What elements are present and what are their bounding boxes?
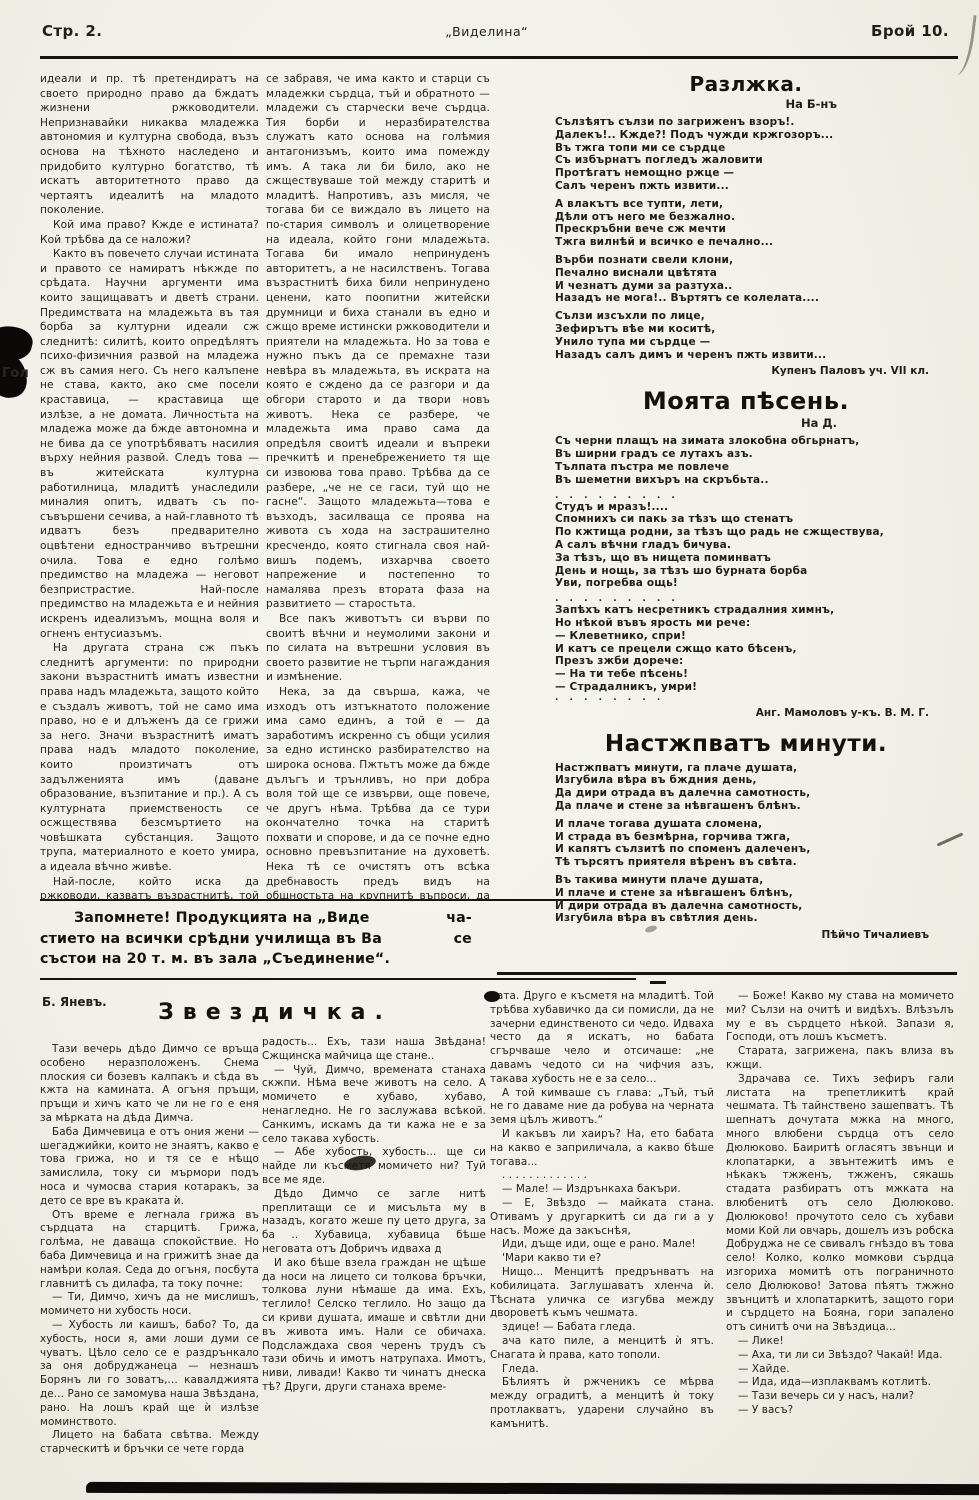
announcement-text: Запомнете! Продукцията на „Виде <box>40 908 370 929</box>
poem-line: Зефирътъ вѣе ми коситѣ, <box>555 323 957 336</box>
poem-line: Съ избърнатъ погледъ жаловити <box>555 154 957 167</box>
poem-line: И плаче тогава душата сломена, <box>555 818 957 831</box>
poem-line: Назадъ не мога!.. Въртятъ се колелата...… <box>555 292 957 305</box>
poem-line: Тжга вилнѣй и всичко е печално... <box>555 236 957 249</box>
poem-line: Върби познати свели клони, <box>555 254 957 267</box>
poem-line: Тълпата пъстра ме повлече <box>555 461 957 474</box>
poem-stanza: Настжпватъ минути, га плаче душата,Изгуб… <box>555 762 957 813</box>
paragraph: На другата страна сж пъкъ следнитѣ аргум… <box>40 641 259 875</box>
paragraph: — Мале! — Издрънкаха бакъри. <box>490 1183 714 1197</box>
scan-edge-bar <box>86 1482 979 1495</box>
poem-line: Протѣгатъ немощно ржце — <box>555 167 957 180</box>
poem-line: Запѣхъ катъ несретникъ страдалния химнъ, <box>555 604 957 617</box>
poem-line: Печално виснали цвѣтята <box>555 267 957 280</box>
poem-line: Сълзи изсъхли по лице, <box>555 310 957 323</box>
rule-below-notice <box>40 978 636 980</box>
poem-line: Изгубила вѣра въ свѣтлия день. <box>555 912 957 925</box>
poem-line: — Клеветнико, спри! <box>555 630 957 643</box>
article-column-2: се забравя, че има както и старци съ мла… <box>266 72 490 904</box>
paragraph: — Лике! <box>726 1335 954 1349</box>
paragraph: Баба Димчевица е отъ ония жени — шегаджи… <box>40 1126 259 1209</box>
paragraph: — Е, Звѣздо — майката стана. Отивамъ у д… <box>490 1197 714 1238</box>
paragraph: А той кимваше съ глава: „Тъй, тъй не го … <box>490 1087 714 1128</box>
poem-line: Изгубила вѣра въ бждния день, <box>555 774 957 787</box>
poem-stanza: Сълзи изсъхли по лице,Зефирътъ вѣе ми ко… <box>555 310 957 361</box>
paragraph: Старата, загрижена, пакъ влиза въ кжщи. <box>726 1045 954 1073</box>
story-column-2: радость... Ехъ, тази наша Звѣдана! Сжщин… <box>262 1036 486 1474</box>
announcement: Запомнете! Продукцията на „Виде ча- стие… <box>40 908 472 970</box>
header-rule <box>40 56 958 59</box>
paragraph: ната. Друго е късметя на младитѣ. Той тр… <box>490 990 714 1087</box>
pen-mark <box>950 13 976 77</box>
announcement-line-2: стието на всички срѣдни училища въ Ва се <box>40 929 472 950</box>
poem-line: Сълзѣятъ сълзи по загриженъ взоръ!. <box>555 116 957 129</box>
paragraph: ача като пиле, а менцитѣ ѝ ятъ. Снагата … <box>490 1335 714 1363</box>
newspaper-title: „Виделина“ <box>445 24 528 39</box>
poem-dedication: На Б-нъ <box>535 97 957 111</box>
poem-line: И чезнатъ думи за разтуха.. <box>555 280 957 293</box>
poem-stanza: Върби познати свели клони,Печално виснал… <box>555 254 957 305</box>
paragraph: — Абе хубость, хубость... ще си найде ли… <box>262 1146 486 1187</box>
poem-line: Уви, погребва ощь! <box>555 577 957 590</box>
poem-line: Далекъ!.. Кжде?! Подъ чужди кржгозоръ... <box>555 129 957 142</box>
announcement-line-1: Запомнете! Продукцията на „Виде ча- <box>40 908 472 929</box>
poem-line: Настжпватъ минути, га плаче душата, <box>555 762 957 775</box>
paragraph: Както въ повечето случаи истината и прав… <box>40 247 259 641</box>
paragraph: Кой има право? Кжде е истината? Кой трѣб… <box>40 218 259 247</box>
poem-line: — На ти тебе пѣсень! <box>555 668 957 681</box>
announcement-fragment: ча- <box>446 908 472 929</box>
poem-signature: Купенъ Паловъ уч. VII кл. <box>535 365 957 377</box>
paragraph: И какъвъ ли хаиръ? На, ето бабата на как… <box>490 1128 714 1169</box>
poem-line: Но нѣкой въвъ ярость ми рече: <box>555 617 957 630</box>
poem: Разлжка.На Б-нъСълзѣятъ сълзи по загриже… <box>535 72 957 377</box>
poem: Настжпватъ минути.Настжпватъ минути, га … <box>535 731 957 942</box>
poem-signature: Анг. Мамоловъ у-къ. В. М. Г. <box>535 707 957 719</box>
paragraph: — Тази вечерь си у насъ, нали? <box>726 1390 954 1404</box>
article-column-1: идеали и пр. тѣ претендиратъ на своето п… <box>40 72 259 904</box>
paragraph: Нищо... Менцитѣ предрънватъ на кобилицат… <box>490 1266 714 1321</box>
paragraph: . . . . . . . . . . . . . <box>490 1169 714 1183</box>
poem-stanza: . . . . . . . . .Студъ и мразъ!....Спомн… <box>555 492 957 591</box>
paragraph: Отъ време е легнала грижа въ сърдцата на… <box>40 1209 259 1292</box>
paragraph: — Боже! Какво му става на момичето ми? С… <box>726 990 954 1045</box>
paragraph: здице! — Бабата гледа. <box>490 1321 714 1335</box>
paragraph: Тази вечерь дѣдо Димчо се връща особено … <box>40 1043 259 1126</box>
poem-line: День и нощь, за тѣзъ шо бурната борба <box>555 565 957 578</box>
rule-below-poems <box>497 972 957 975</box>
poem-line: Унило тупа ми сърдце — <box>555 336 957 349</box>
paragraph: Здрачава се. Тихъ зефиръ гали листата на… <box>726 1073 954 1335</box>
paragraph: Иди, дъще иди, още е рано. Мале! <box>490 1238 714 1252</box>
poem-title: Настжпватъ минути. <box>535 731 957 757</box>
paragraph: идеали и пр. тѣ претендиратъ на своето п… <box>40 72 259 218</box>
paragraph: 'Мари какво ти е? <box>490 1252 714 1266</box>
paragraph: Нека, за да свърша, кажа, че изходъ отъ … <box>266 685 490 904</box>
poem-line: Презъ зжби дорече: <box>555 655 957 668</box>
poem-line: Въ шеметни вихъръ на скръбьта.. <box>555 474 957 487</box>
paragraph: Лицето на бабата свѣтва. Между старчески… <box>40 1429 259 1457</box>
poem-line: Прескръбни вече сж мечти <box>555 223 957 236</box>
poem-line: . . . . . . . . <box>555 694 957 703</box>
rule-dash <box>650 981 666 984</box>
poem-line: А влакътъ все тупти, лети, <box>555 198 957 211</box>
announcement-line-3: състои на 20 т. м. въ зала „Съединение“. <box>40 949 472 970</box>
paragraph: се забравя, че има както и старци съ мла… <box>266 72 490 612</box>
poem-stanza: А влакътъ все тупти, лети,Дѣли отъ него … <box>555 198 957 249</box>
poem-line: . . . . . . . . . <box>555 492 957 501</box>
announcement-text: стието на всички срѣдни училища въ Ва <box>40 929 382 950</box>
poem-line: Студъ и мразъ!.... <box>555 501 957 514</box>
paragraph: Гледа. <box>490 1363 714 1377</box>
paragraph: — Аха, ти ли си Звѣздо? Чакай! Ида. <box>726 1349 954 1363</box>
newspaper-page: Стр. 2. „Виделина“ Брой 10. идеали и пр.… <box>0 0 979 1500</box>
story-column-1: Тази вечерь дѣдо Димчо се връща особено … <box>40 1043 259 1473</box>
poem-title: Моята пѣсень. <box>535 387 957 415</box>
poems-column: Разлжка.На Б-нъСълзѣятъ сълзи по загриже… <box>535 72 957 941</box>
paragraph: Бѣлиятъ ѝ ржченикъ се мѣрва между огради… <box>490 1376 714 1431</box>
poem-line: Въ такива минути плаче душата, <box>555 874 957 887</box>
rule-above-notice <box>40 899 632 901</box>
paragraph: — Ти, Димчо, хичъ да не мислишъ, момичет… <box>40 1291 259 1319</box>
announcement-fragment: се <box>454 929 472 950</box>
poem-signature: Пѣйчо Тичалиевъ <box>535 929 957 941</box>
poem-title: Разлжка. <box>535 72 957 96</box>
poem-line: За тѣзъ, що въ нищета поминватъ <box>555 552 957 565</box>
paragraph: — У васъ? <box>726 1404 954 1418</box>
poem-line: Тѣ търсятъ приятеля вѣренъ въ свѣта. <box>555 856 957 869</box>
paragraph: — Ида, ида—изплаквамъ котлитѣ. <box>726 1376 954 1390</box>
poem-line: И плаче и стене за нѣвгашенъ блѣнъ, <box>555 887 957 900</box>
paragraph: Дѣдо Димчо се загле нитѣ преплитащи се и… <box>262 1188 486 1257</box>
poem: Моята пѣсень.На Д.Съ черни плащъ на зима… <box>535 387 957 718</box>
paragraph: — Чуй, Димчо, времената станаха скжпи. Н… <box>262 1064 486 1147</box>
poem-stanza: Сълзѣятъ сълзи по загриженъ взоръ!.Далек… <box>555 116 957 193</box>
poem-dedication: На Д. <box>535 416 957 430</box>
poem-line: Да плаче и стене за нѣвгашенъ блѣнъ. <box>555 800 957 813</box>
paragraph: — Хайде. <box>726 1363 954 1377</box>
poem-line: И капятъ сълзитѣ по споменъ далеченъ, <box>555 843 957 856</box>
poem-line: Салъ черенъ пжть извити... <box>555 180 957 193</box>
poem-line: . . . . . . . . . <box>555 595 957 604</box>
poem-line: И катъ се прецели сжщо като бѣсенъ, <box>555 643 957 656</box>
paragraph: радость... Ехъ, тази наша Звѣдана! Сжщин… <box>262 1036 486 1064</box>
paragraph: — Хубость ли каишъ, бабо? То, да хубость… <box>40 1319 259 1429</box>
poem-line: И дири отрада въ далечна самотность, <box>555 900 957 913</box>
poem-line: Въ тжга топи ми се сърдце <box>555 142 957 155</box>
poem-line: Да дири отрада въ далечна самотность, <box>555 787 957 800</box>
poem-stanza: И плаче тогава душата сломена,И страда в… <box>555 818 957 869</box>
poem-line: Въ ширни градъ се лутахъ азъ. <box>555 448 957 461</box>
paragraph: Все пакъ животътъ си върви по своитѣ вѣч… <box>266 612 490 685</box>
poem-line: И страда въ безмѣрна, горчива тжга, <box>555 831 957 844</box>
poem-stanza: Съ черни плащъ на зимата злокобна обгьрн… <box>555 435 957 486</box>
page-header: Стр. 2. „Виделина“ Брой 10. <box>42 22 949 40</box>
poem-stanza: . . . . . . . . .Запѣхъ катъ несретникъ … <box>555 595 957 703</box>
poem-line: А салъ вѣчни гладъ бичува. <box>555 539 957 552</box>
paragraph: И ако бѣше взела граждан не щѣше да носи… <box>262 1257 486 1395</box>
announcement-text: състои на 20 т. м. въ зала „Съединение“. <box>40 949 390 970</box>
page-number: Стр. 2. <box>42 22 102 40</box>
poem-line: Спомнихъ си пакь за тѣзъ що стенатъ <box>555 513 957 526</box>
poem-line: По кжтища родни, за тѣзъ що радь не сжще… <box>555 526 957 539</box>
bleed-through-text: Гол <box>2 366 29 381</box>
ink-smudge <box>484 991 500 1002</box>
issue-number: Брой 10. <box>871 22 949 40</box>
poem-line: Назадъ салъ димъ и черенъ пжть извити... <box>555 349 957 362</box>
story-title: Звездичка. <box>65 1000 485 1025</box>
poem-line: — Страдалникъ, умри! <box>555 681 957 694</box>
story-column-3: ната. Друго е късметя на младитѣ. Той тр… <box>490 990 714 1475</box>
poem-line: Съ черни плащъ на зимата злокобна обгьрн… <box>555 435 957 448</box>
story-column-4: — Боже! Какво му става на момичето ми? С… <box>726 990 954 1475</box>
poem-line: Дѣли отъ него ме безжално. <box>555 211 957 224</box>
